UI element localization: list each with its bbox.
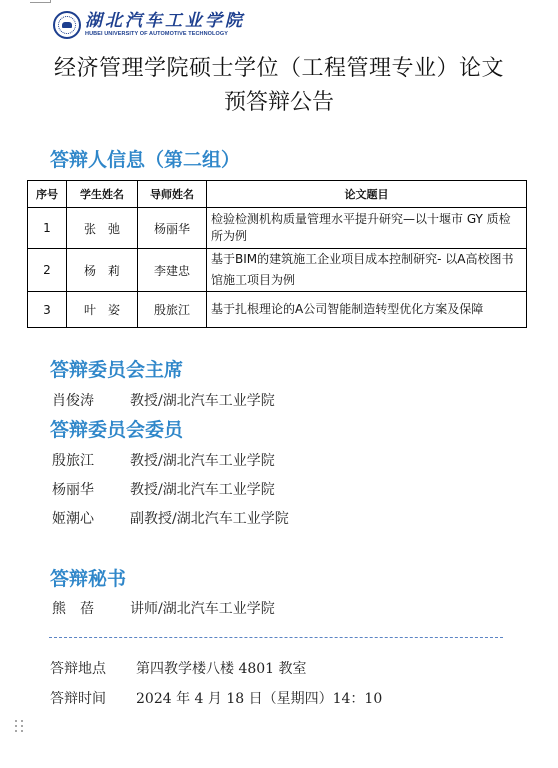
person-name: 肖俊涛 <box>52 394 130 408</box>
person-title: 副教授/湖北汽车工业学院 <box>130 512 289 526</box>
cell-advisor: 李建忠 <box>138 249 207 292</box>
committee-member-entry: 杨丽华 教授/湖北汽车工业学院 <box>52 483 275 497</box>
time-value: 2024 年 4 月 18 日（星期四）14：10 <box>136 692 382 706</box>
university-emblem-icon <box>53 11 81 39</box>
drag-handle-icon[interactable] <box>15 720 24 734</box>
committee-member-entry: 姬潮心 副教授/湖北汽车工业学院 <box>52 512 289 526</box>
cell-student: 张 弛 <box>67 208 138 249</box>
time-label: 答辩时间 <box>50 692 136 706</box>
person-name: 杨丽华 <box>52 483 130 497</box>
page-title-line2: 预答辩公告 <box>0 92 558 114</box>
column-header-thesis: 论文题目 <box>207 181 527 208</box>
committee-members-heading: 答辩委员会委员 <box>50 421 183 440</box>
cell-thesis: 基于扎根理论的A公司智能制造转型优化方案及保障 <box>207 292 527 328</box>
defense-location: 答辩地点 第四教学楼八楼 4801 教室 <box>50 662 307 676</box>
secretary-entry: 熊 蓓 讲师/湖北汽车工业学院 <box>52 602 275 616</box>
person-name: 姬潮心 <box>52 512 130 526</box>
table-row: 1 张 弛 杨丽华 检验检测机构质量管理水平提升研究—以十堰市 GY 质检所为例 <box>28 208 527 249</box>
table-row: 2 杨 莉 李建忠 基于BIM的建筑施工企业项目成本控制研究- 以A高校图书馆施… <box>28 249 527 292</box>
person-title: 教授/湖北汽车工业学院 <box>130 394 275 408</box>
location-label: 答辩地点 <box>50 662 136 676</box>
person-title: 教授/湖北汽车工业学院 <box>130 483 275 497</box>
column-header-advisor: 导师姓名 <box>138 181 207 208</box>
secretary-heading: 答辩秘书 <box>50 570 126 589</box>
dashed-divider <box>49 637 503 638</box>
defense-group-heading: 答辩人信息（第二组） <box>50 151 240 170</box>
column-header-student: 学生姓名 <box>67 181 138 208</box>
cell-no: 3 <box>28 292 67 328</box>
person-name: 熊 蓓 <box>52 602 130 616</box>
person-title: 讲师/湖北汽车工业学院 <box>130 602 275 616</box>
person-name: 殷旅江 <box>52 454 130 468</box>
logo-text: 湖北汽车工业学院 HUBEI UNIVERSITY OF AUTOMOTIVE … <box>85 13 245 38</box>
cell-thesis: 基于BIM的建筑施工企业项目成本控制研究- 以A高校图书馆施工项目为例 <box>207 249 527 292</box>
defense-time: 答辩时间 2024 年 4 月 18 日（星期四）14：10 <box>50 692 382 706</box>
logo-chinese-name: 湖北汽车工业学院 <box>85 13 245 30</box>
person-title: 教授/湖北汽车工业学院 <box>130 454 275 468</box>
table-header-row: 序号 学生姓名 导师姓名 论文题目 <box>28 181 527 208</box>
cell-advisor: 殷旅江 <box>138 292 207 328</box>
cell-advisor: 杨丽华 <box>138 208 207 249</box>
defense-table: 序号 学生姓名 导师姓名 论文题目 1 张 弛 杨丽华 检验检测机构质量管理水平… <box>27 180 527 328</box>
committee-chair-heading: 答辩委员会主席 <box>50 361 183 380</box>
column-header-no: 序号 <box>28 181 67 208</box>
committee-chair-entry: 肖俊涛 教授/湖北汽车工业学院 <box>52 394 275 408</box>
page-title-line1: 经济管理学院硕士学位（工程管理专业）论文 <box>0 58 558 80</box>
cell-thesis: 检验检测机构质量管理水平提升研究—以十堰市 GY 质检所为例 <box>207 208 527 249</box>
committee-member-entry: 殷旅江 教授/湖北汽车工业学院 <box>52 454 275 468</box>
logo-english-name: HUBEI UNIVERSITY OF AUTOMOTIVE TECHNOLOG… <box>85 32 245 38</box>
cell-no: 1 <box>28 208 67 249</box>
page-corner-mark <box>30 0 51 3</box>
table-row: 3 叶 姿 殷旅江 基于扎根理论的A公司智能制造转型优化方案及保障 <box>28 292 527 328</box>
location-value: 第四教学楼八楼 4801 教室 <box>136 662 307 676</box>
cell-student: 杨 莉 <box>67 249 138 292</box>
cell-student: 叶 姿 <box>67 292 138 328</box>
university-logo: 湖北汽车工业学院 HUBEI UNIVERSITY OF AUTOMOTIVE … <box>53 11 245 39</box>
cell-no: 2 <box>28 249 67 292</box>
